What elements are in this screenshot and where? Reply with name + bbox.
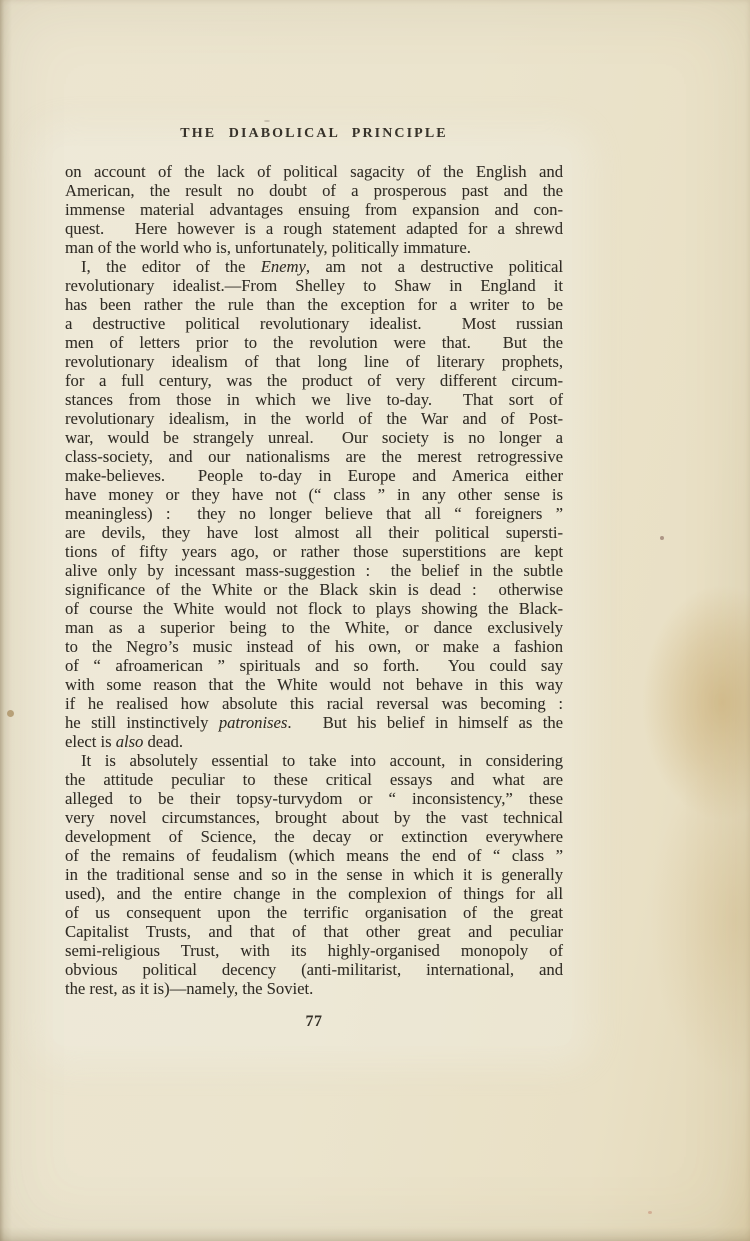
paper-speck <box>264 120 270 122</box>
text-line: very novel circumstances, brought about … <box>65 808 563 827</box>
text-line: a destructive political revolutionary id… <box>65 314 563 333</box>
text-line: It is absolutely essential to take into … <box>81 751 563 770</box>
text-line: revolutionary idealist.—From Shelley to … <box>65 276 563 295</box>
running-header: THE DIABOLICAL PRINCIPLE <box>65 126 563 142</box>
text-line: class-society, and our nationalisms are … <box>65 447 563 466</box>
text-line: man of the world who is, unfortunately, … <box>65 238 563 257</box>
text-line: elect is also dead. <box>65 732 563 751</box>
text-line: to the Negro’s music instead of his own,… <box>65 637 563 656</box>
text-line: semi-religious Trust, with its highly-or… <box>65 941 563 960</box>
text-line: alive only by incessant mass-suggestion … <box>65 561 563 580</box>
text-line: revolutionary idealism, in the world of … <box>65 409 563 428</box>
text-line: if he realised how absolute this racial … <box>65 694 563 713</box>
text-line: development of Science, the decay or ext… <box>65 827 563 846</box>
text-line: on account of the lack of political saga… <box>65 162 563 181</box>
text-line: obvious political decency (anti-militari… <box>65 960 563 979</box>
text-line: American, the result no doubt of a prosp… <box>65 181 563 200</box>
text-line: in the traditional sense and so in the s… <box>65 865 563 884</box>
text-line: alleged to be their topsy-turvydom or “ … <box>65 789 563 808</box>
paper-speck <box>648 1211 652 1214</box>
text-line: with some reason that the White would no… <box>65 675 563 694</box>
text-line: used), and the entire change in the comp… <box>65 884 563 903</box>
page-bottom-edge-shadow <box>0 1227 750 1241</box>
text-line: make-believes. People to-day in Europe a… <box>65 466 563 485</box>
text-line: stances from those in which we live to-d… <box>65 390 563 409</box>
text-line: meaningless) : they no longer believe th… <box>65 504 563 523</box>
page-left-edge-shadow <box>0 0 12 1241</box>
text-line: quest. Here however is a rough statement… <box>65 219 563 238</box>
text-line: Capitalist Trusts, and that of that othe… <box>65 922 563 941</box>
text-line: men of letters prior to the revolution w… <box>65 333 563 352</box>
text-line: war, would be strangely unreal. Our soci… <box>65 428 563 447</box>
text-line: are devils, they have lost almost all th… <box>65 523 563 542</box>
text-line: man as a superior being to the White, or… <box>65 618 563 637</box>
text-line: of “ afroamerican ” spirituals and so fo… <box>65 656 563 675</box>
text-line: tions of fifty years ago, or rather thos… <box>65 542 563 561</box>
text-line: of us consequent upon the terrific organ… <box>65 903 563 922</box>
text-line: revolutionary idealism of that long line… <box>65 352 563 371</box>
text-line: the rest, as it is)—namely, the Soviet. <box>65 979 563 998</box>
text-line: significance of the White or the Black s… <box>65 580 563 599</box>
paper-speck <box>660 536 664 540</box>
text-line: of course the White would not flock to p… <box>65 599 563 618</box>
text-line: immense material advantages ensuing from… <box>65 200 563 219</box>
text-line: have money or they have not (“ class ” i… <box>65 485 563 504</box>
text-line: has been rather the rule than the except… <box>65 295 563 314</box>
page-number: 77 <box>65 1013 563 1031</box>
book-page: THE DIABOLICAL PRINCIPLE on account of t… <box>0 0 750 1241</box>
text-column: on account of the lack of political saga… <box>65 162 563 998</box>
text-line: the attitude peculiar to these critical … <box>65 770 563 789</box>
text-line: for a full century, was the product of v… <box>65 371 563 390</box>
text-line: he still instinctively patronises. But h… <box>65 713 563 732</box>
paper-stain <box>650 760 750 1080</box>
text-line: I, the editor of the Enemy, am not a des… <box>81 257 563 276</box>
text-line: of the remains of feudalism (which means… <box>65 846 563 865</box>
